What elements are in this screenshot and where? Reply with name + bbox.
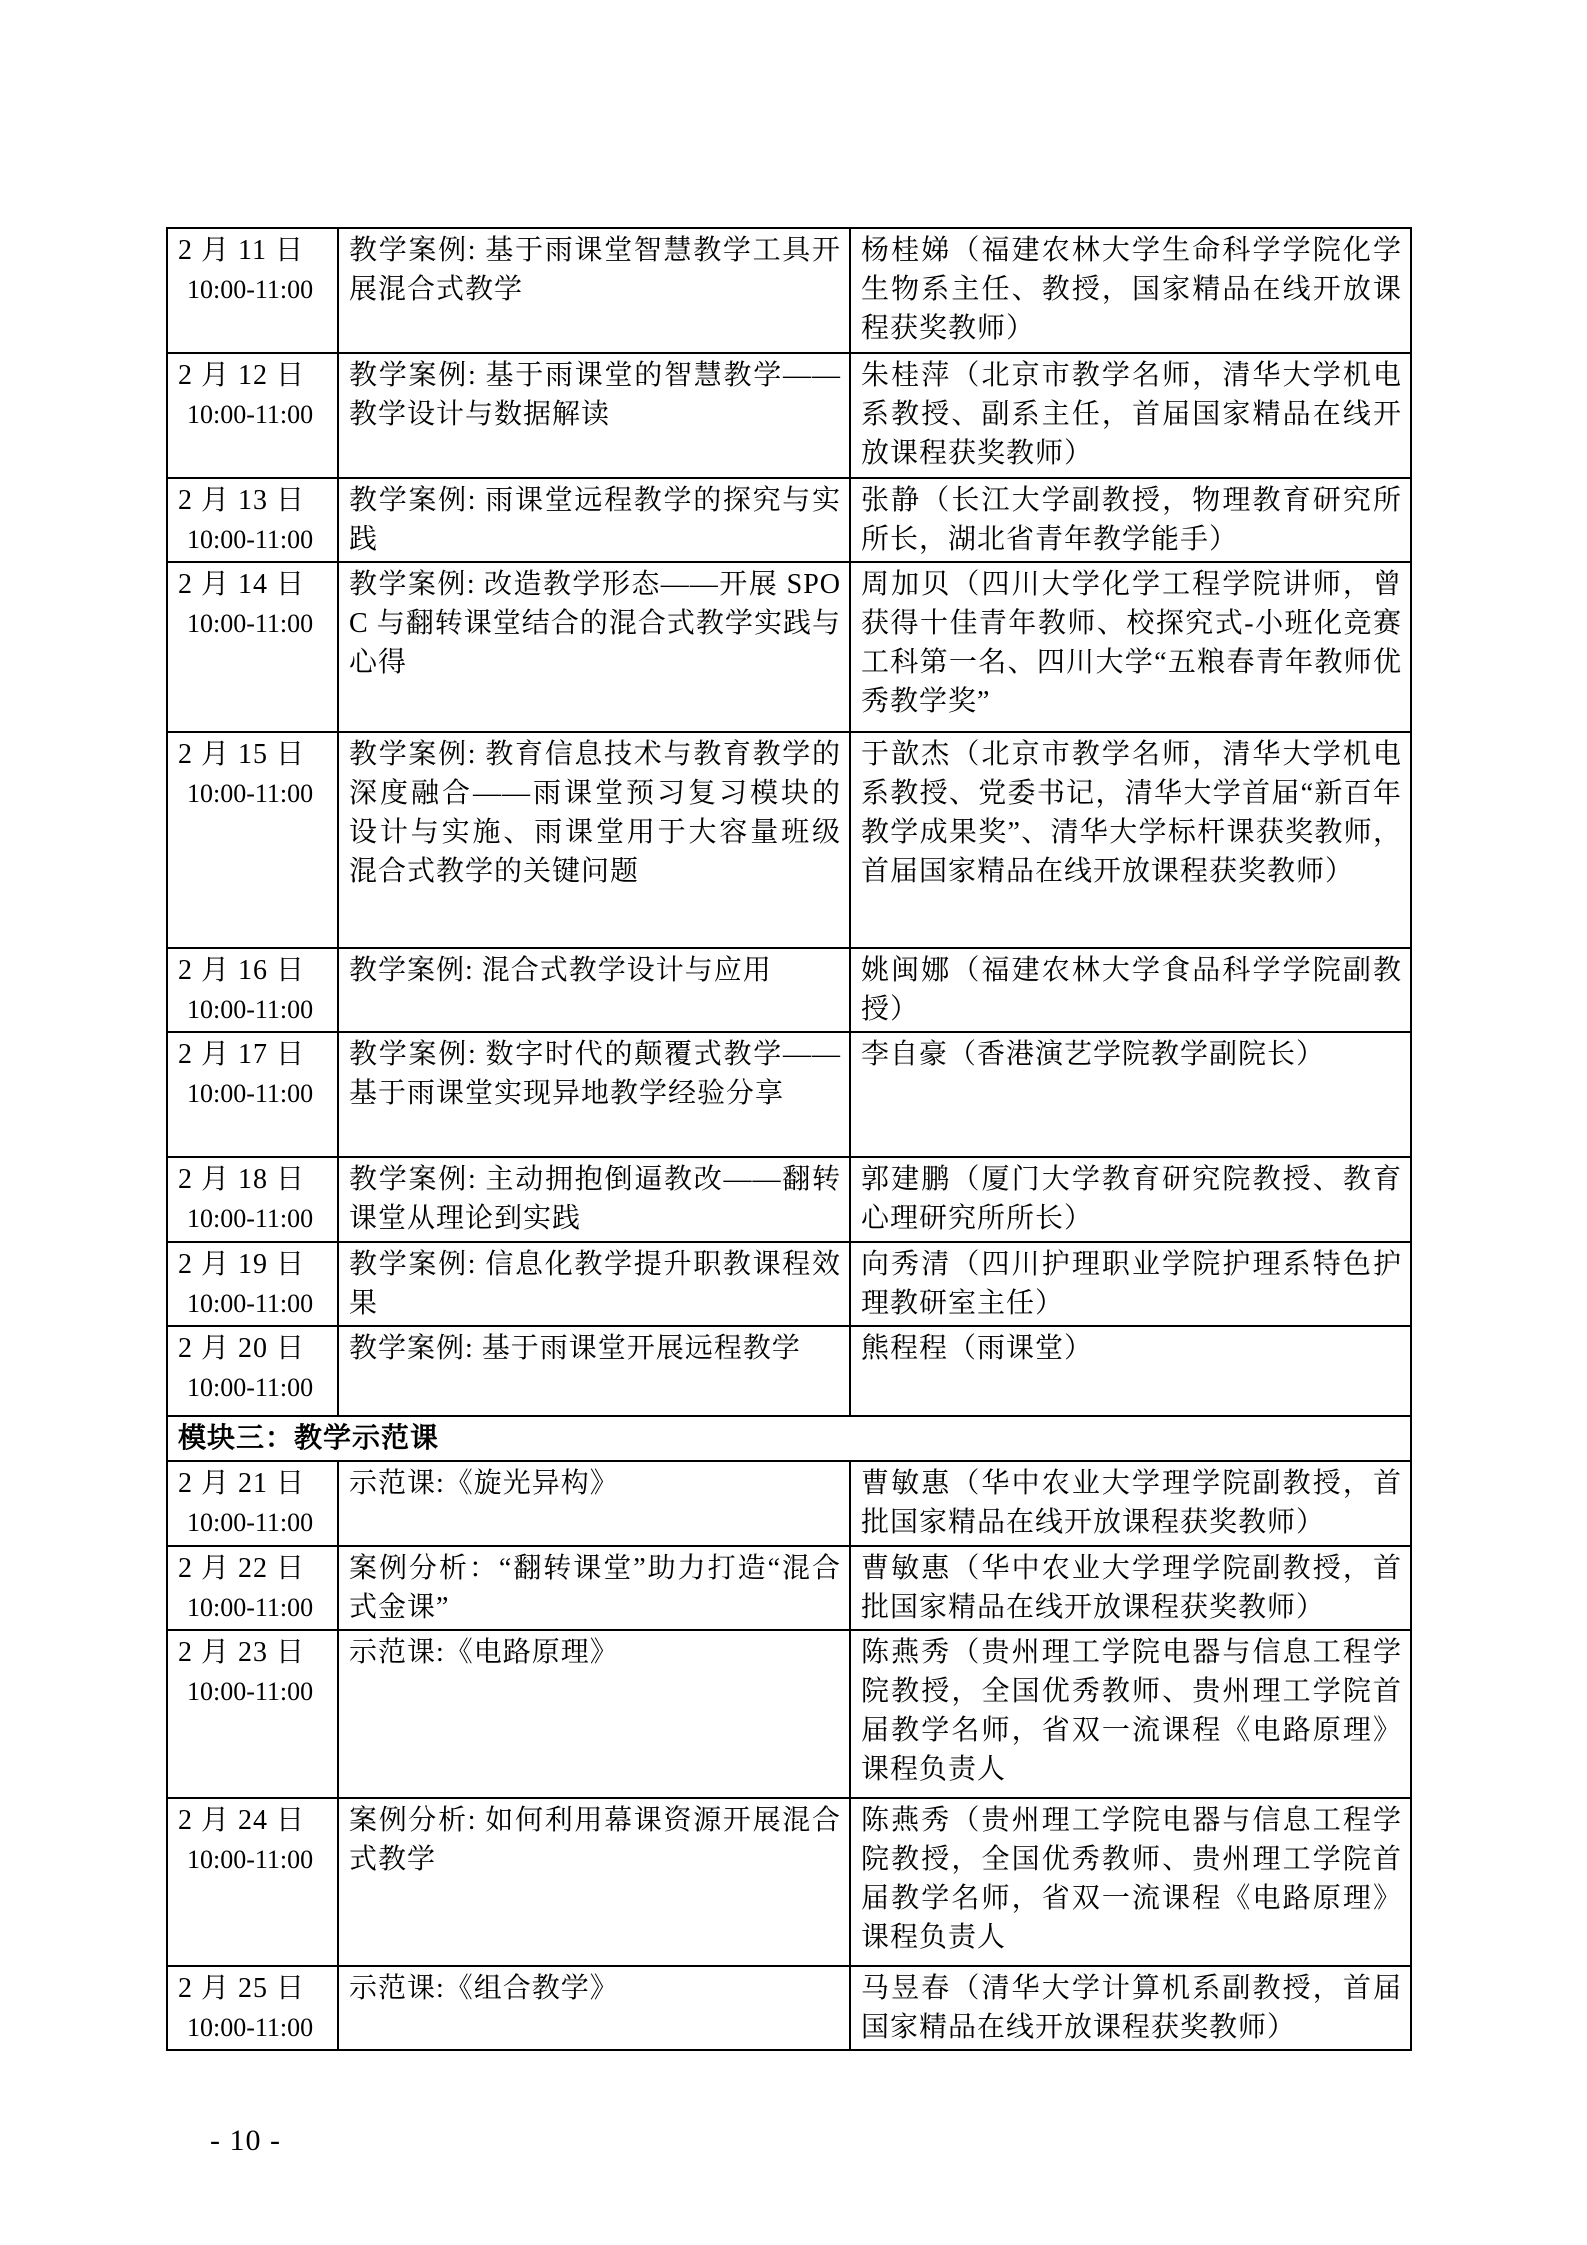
schedule-row: 2 月 18 日 10:00-11:00 教学案例: 主动拥抱倒逼教改——翻转课… bbox=[167, 1157, 1411, 1242]
speaker-cell: 张静（长江大学副教授，物理教育研究所所长，湖北省青年教学能手） bbox=[850, 478, 1411, 562]
time-text: 10:00-11:00 bbox=[187, 520, 329, 559]
schedule-table: 2 月 11 日 10:00-11:00 教学案例: 基于雨课堂智慧教学工具开展… bbox=[166, 227, 1412, 2051]
date-text: 2 月 18 日 bbox=[178, 1160, 329, 1199]
schedule-row: 2 月 25 日 10:00-11:00 示范课:《组合教学》 马昱春（清华大学… bbox=[167, 1966, 1411, 2050]
date-cell: 2 月 21 日 10:00-11:00 bbox=[167, 1461, 338, 1546]
schedule-row: 2 月 21 日 10:00-11:00 示范课:《旋光异构》 曹敏惠（华中农业… bbox=[167, 1461, 1411, 1546]
speaker-cell: 杨桂娣（福建农林大学生命科学学院化学生物系主任、教授，国家精品在线开放课程获奖教… bbox=[850, 228, 1411, 353]
time-text: 10:00-11:00 bbox=[187, 1074, 329, 1113]
topic-cell: 教学案例: 雨课堂远程教学的探究与实践 bbox=[338, 478, 850, 562]
time-text: 10:00-11:00 bbox=[187, 1672, 329, 1711]
schedule-row: 2 月 13 日 10:00-11:00 教学案例: 雨课堂远程教学的探究与实践… bbox=[167, 478, 1411, 562]
time-text: 10:00-11:00 bbox=[187, 1503, 329, 1542]
topic-cell: 示范课:《组合教学》 bbox=[338, 1966, 850, 2050]
speaker-cell: 曹敏惠（华中农业大学理学院副教授，首批国家精品在线开放课程获奖教师） bbox=[850, 1546, 1411, 1630]
time-text: 10:00-11:00 bbox=[187, 1368, 329, 1407]
date-text: 2 月 15 日 bbox=[178, 735, 329, 774]
date-text: 2 月 21 日 bbox=[178, 1464, 329, 1503]
date-text: 2 月 24 日 bbox=[178, 1801, 329, 1840]
schedule-row: 2 月 15 日 10:00-11:00 教学案例: 教育信息技术与教育教学的深… bbox=[167, 732, 1411, 948]
date-text: 2 月 17 日 bbox=[178, 1035, 329, 1074]
date-cell: 2 月 12 日 10:00-11:00 bbox=[167, 353, 338, 478]
date-text: 2 月 25 日 bbox=[178, 1969, 329, 2008]
schedule-row: 2 月 22 日 10:00-11:00 案例分析：“翻转课堂”助力打造“混合式… bbox=[167, 1546, 1411, 1630]
topic-cell: 教学案例: 基于雨课堂的智慧教学——教学设计与数据解读 bbox=[338, 353, 850, 478]
topic-cell: 示范课:《旋光异构》 bbox=[338, 1461, 850, 1546]
speaker-cell: 郭建鹏（厦门大学教育研究院教授、教育心理研究所所长） bbox=[850, 1157, 1411, 1242]
date-text: 2 月 12 日 bbox=[178, 356, 329, 395]
schedule-row: 2 月 24 日 10:00-11:00 案例分析: 如何利用幕课资源开展混合式… bbox=[167, 1798, 1411, 1966]
topic-cell: 教学案例: 基于雨课堂开展远程教学 bbox=[338, 1326, 850, 1416]
time-text: 10:00-11:00 bbox=[187, 774, 329, 813]
date-cell: 2 月 23 日 10:00-11:00 bbox=[167, 1630, 338, 1798]
speaker-cell: 于歆杰（北京市教学名师，清华大学机电系教授、党委书记，清华大学首届“新百年教学成… bbox=[850, 732, 1411, 948]
section-header: 模块三：教学示范课 bbox=[167, 1416, 1411, 1461]
topic-cell: 教学案例: 改造教学形态——开展 SPOC 与翻转课堂结合的混合式教学实践与心得 bbox=[338, 562, 850, 732]
schedule-row: 2 月 12 日 10:00-11:00 教学案例: 基于雨课堂的智慧教学——教… bbox=[167, 353, 1411, 478]
topic-cell: 教学案例: 教育信息技术与教育教学的深度融合——雨课堂预习复习模块的设计与实施、… bbox=[338, 732, 850, 948]
date-text: 2 月 22 日 bbox=[178, 1549, 329, 1588]
speaker-cell: 熊程程（雨课堂） bbox=[850, 1326, 1411, 1416]
topic-cell: 教学案例: 信息化教学提升职教课程效果 bbox=[338, 1242, 850, 1326]
speaker-cell: 陈燕秀（贵州理工学院电器与信息工程学院教授，全国优秀教师、贵州理工学院首届教学名… bbox=[850, 1798, 1411, 1966]
date-cell: 2 月 13 日 10:00-11:00 bbox=[167, 478, 338, 562]
topic-cell: 教学案例: 混合式教学设计与应用 bbox=[338, 948, 850, 1032]
section-row: 模块三：教学示范课 bbox=[167, 1416, 1411, 1461]
date-text: 2 月 20 日 bbox=[178, 1329, 329, 1368]
time-text: 10:00-11:00 bbox=[187, 1588, 329, 1627]
schedule-row: 2 月 19 日 10:00-11:00 教学案例: 信息化教学提升职教课程效果… bbox=[167, 1242, 1411, 1326]
time-text: 10:00-11:00 bbox=[187, 1840, 329, 1879]
date-text: 2 月 11 日 bbox=[178, 231, 329, 270]
speaker-cell: 曹敏惠（华中农业大学理学院副教授，首批国家精品在线开放课程获奖教师） bbox=[850, 1461, 1411, 1546]
date-cell: 2 月 20 日 10:00-11:00 bbox=[167, 1326, 338, 1416]
topic-cell: 案例分析：“翻转课堂”助力打造“混合式金课” bbox=[338, 1546, 850, 1630]
topic-cell: 教学案例: 基于雨课堂智慧教学工具开展混合式教学 bbox=[338, 228, 850, 353]
time-text: 10:00-11:00 bbox=[187, 1199, 329, 1238]
speaker-cell: 李自豪（香港演艺学院教学副院长） bbox=[850, 1032, 1411, 1157]
speaker-cell: 陈燕秀（贵州理工学院电器与信息工程学院教授，全国优秀教师、贵州理工学院首届教学名… bbox=[850, 1630, 1411, 1798]
date-cell: 2 月 14 日 10:00-11:00 bbox=[167, 562, 338, 732]
schedule-row: 2 月 17 日 10:00-11:00 教学案例: 数字时代的颠覆式教学——基… bbox=[167, 1032, 1411, 1157]
date-cell: 2 月 11 日 10:00-11:00 bbox=[167, 228, 338, 353]
schedule-row: 2 月 14 日 10:00-11:00 教学案例: 改造教学形态——开展 SP… bbox=[167, 562, 1411, 732]
time-text: 10:00-11:00 bbox=[187, 395, 329, 434]
schedule-row: 2 月 20 日 10:00-11:00 教学案例: 基于雨课堂开展远程教学 熊… bbox=[167, 1326, 1411, 1416]
date-cell: 2 月 25 日 10:00-11:00 bbox=[167, 1966, 338, 2050]
time-text: 10:00-11:00 bbox=[187, 1284, 329, 1323]
date-text: 2 月 23 日 bbox=[178, 1633, 329, 1672]
schedule-row: 2 月 23 日 10:00-11:00 示范课:《电路原理》 陈燕秀（贵州理工… bbox=[167, 1630, 1411, 1798]
speaker-cell: 朱桂萍（北京市教学名师，清华大学机电系教授、副系主任，首届国家精品在线开放课程获… bbox=[850, 353, 1411, 478]
schedule-row: 2 月 11 日 10:00-11:00 教学案例: 基于雨课堂智慧教学工具开展… bbox=[167, 228, 1411, 353]
time-text: 10:00-11:00 bbox=[187, 2008, 329, 2047]
date-text: 2 月 16 日 bbox=[178, 951, 329, 990]
speaker-cell: 周加贝（四川大学化学工程学院讲师，曾获得十佳青年教师、校探究式-小班化竞赛工科第… bbox=[850, 562, 1411, 732]
time-text: 10:00-11:00 bbox=[187, 604, 329, 643]
page-number: - 10 - bbox=[210, 2124, 281, 2158]
date-cell: 2 月 17 日 10:00-11:00 bbox=[167, 1032, 338, 1157]
topic-cell: 教学案例: 主动拥抱倒逼教改——翻转课堂从理论到实践 bbox=[338, 1157, 850, 1242]
time-text: 10:00-11:00 bbox=[187, 990, 329, 1029]
date-cell: 2 月 16 日 10:00-11:00 bbox=[167, 948, 338, 1032]
date-text: 2 月 19 日 bbox=[178, 1245, 329, 1284]
date-cell: 2 月 15 日 10:00-11:00 bbox=[167, 732, 338, 948]
speaker-cell: 姚闽娜（福建农林大学食品科学学院副教授） bbox=[850, 948, 1411, 1032]
date-cell: 2 月 24 日 10:00-11:00 bbox=[167, 1798, 338, 1966]
date-text: 2 月 13 日 bbox=[178, 481, 329, 520]
date-cell: 2 月 22 日 10:00-11:00 bbox=[167, 1546, 338, 1630]
date-cell: 2 月 18 日 10:00-11:00 bbox=[167, 1157, 338, 1242]
schedule-row: 2 月 16 日 10:00-11:00 教学案例: 混合式教学设计与应用 姚闽… bbox=[167, 948, 1411, 1032]
topic-cell: 教学案例: 数字时代的颠覆式教学——基于雨课堂实现异地教学经验分享 bbox=[338, 1032, 850, 1157]
date-text: 2 月 14 日 bbox=[178, 565, 329, 604]
topic-cell: 案例分析: 如何利用幕课资源开展混合式教学 bbox=[338, 1798, 850, 1966]
date-cell: 2 月 19 日 10:00-11:00 bbox=[167, 1242, 338, 1326]
document-page: 2 月 11 日 10:00-11:00 教学案例: 基于雨课堂智慧教学工具开展… bbox=[0, 0, 1587, 2245]
time-text: 10:00-11:00 bbox=[187, 270, 329, 309]
topic-cell: 示范课:《电路原理》 bbox=[338, 1630, 850, 1798]
speaker-cell: 向秀清（四川护理职业学院护理系特色护理教研室主任） bbox=[850, 1242, 1411, 1326]
speaker-cell: 马昱春（清华大学计算机系副教授，首届国家精品在线开放课程获奖教师） bbox=[850, 1966, 1411, 2050]
